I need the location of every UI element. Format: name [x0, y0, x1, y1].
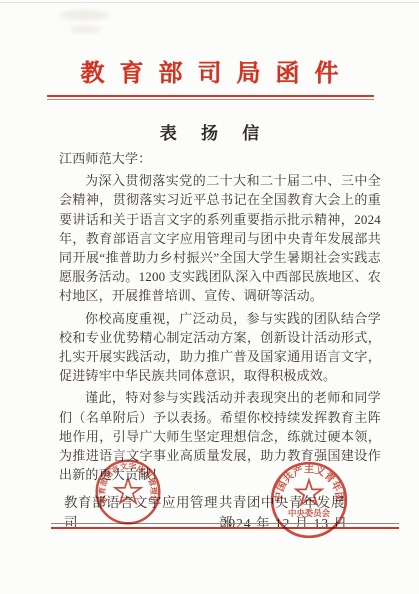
- scan-artifact: [70, 26, 100, 33]
- seal-rim-text: 教育部语言文字应用管理司: [97, 461, 159, 506]
- scan-edge-artifact: [0, 2, 419, 3]
- star-icon: [296, 480, 322, 505]
- paragraph-2: 你校高度重视，广泛动员，参与实践的团队结合学校和专业优势精心制定活动方案，创新设…: [59, 309, 381, 386]
- letter-page: 教育部司局函件 表 扬 信 江西师范大学： 为深入贯彻落实党的二十大和二十届二中…: [0, 0, 419, 594]
- rule-red-line: [47, 95, 374, 97]
- letterhead-double-rule: [47, 95, 374, 100]
- doc-title: 表 扬 信: [0, 119, 419, 144]
- rule-gray-line: [47, 99, 374, 100]
- paragraph-1: 为深入贯彻落实党的二十大和二十届二中、三中全会精神，贯彻落实习近平总书记在全国教…: [59, 171, 381, 305]
- scan-artifact: [60, 10, 110, 20]
- star-icon: [115, 478, 141, 503]
- svg-text:教育部语言文字应用管理司: 教育部语言文字应用管理司: [97, 461, 159, 506]
- letter-body: 江西师范大学： 为深入贯彻落实党的二十大和二十届二中、三中全会精神，贯彻落实习近…: [59, 149, 381, 484]
- seal-center-text: 中央委员会: [288, 508, 331, 518]
- seal-moe-language-dept: 教育部语言文字应用管理司: [94, 458, 162, 526]
- letterhead-title: 教育部司局函件: [0, 53, 419, 88]
- salutation: 江西师范大学：: [59, 149, 381, 168]
- seal-youth-league-central: 中国共产主义青年团 中央委员会: [269, 460, 349, 540]
